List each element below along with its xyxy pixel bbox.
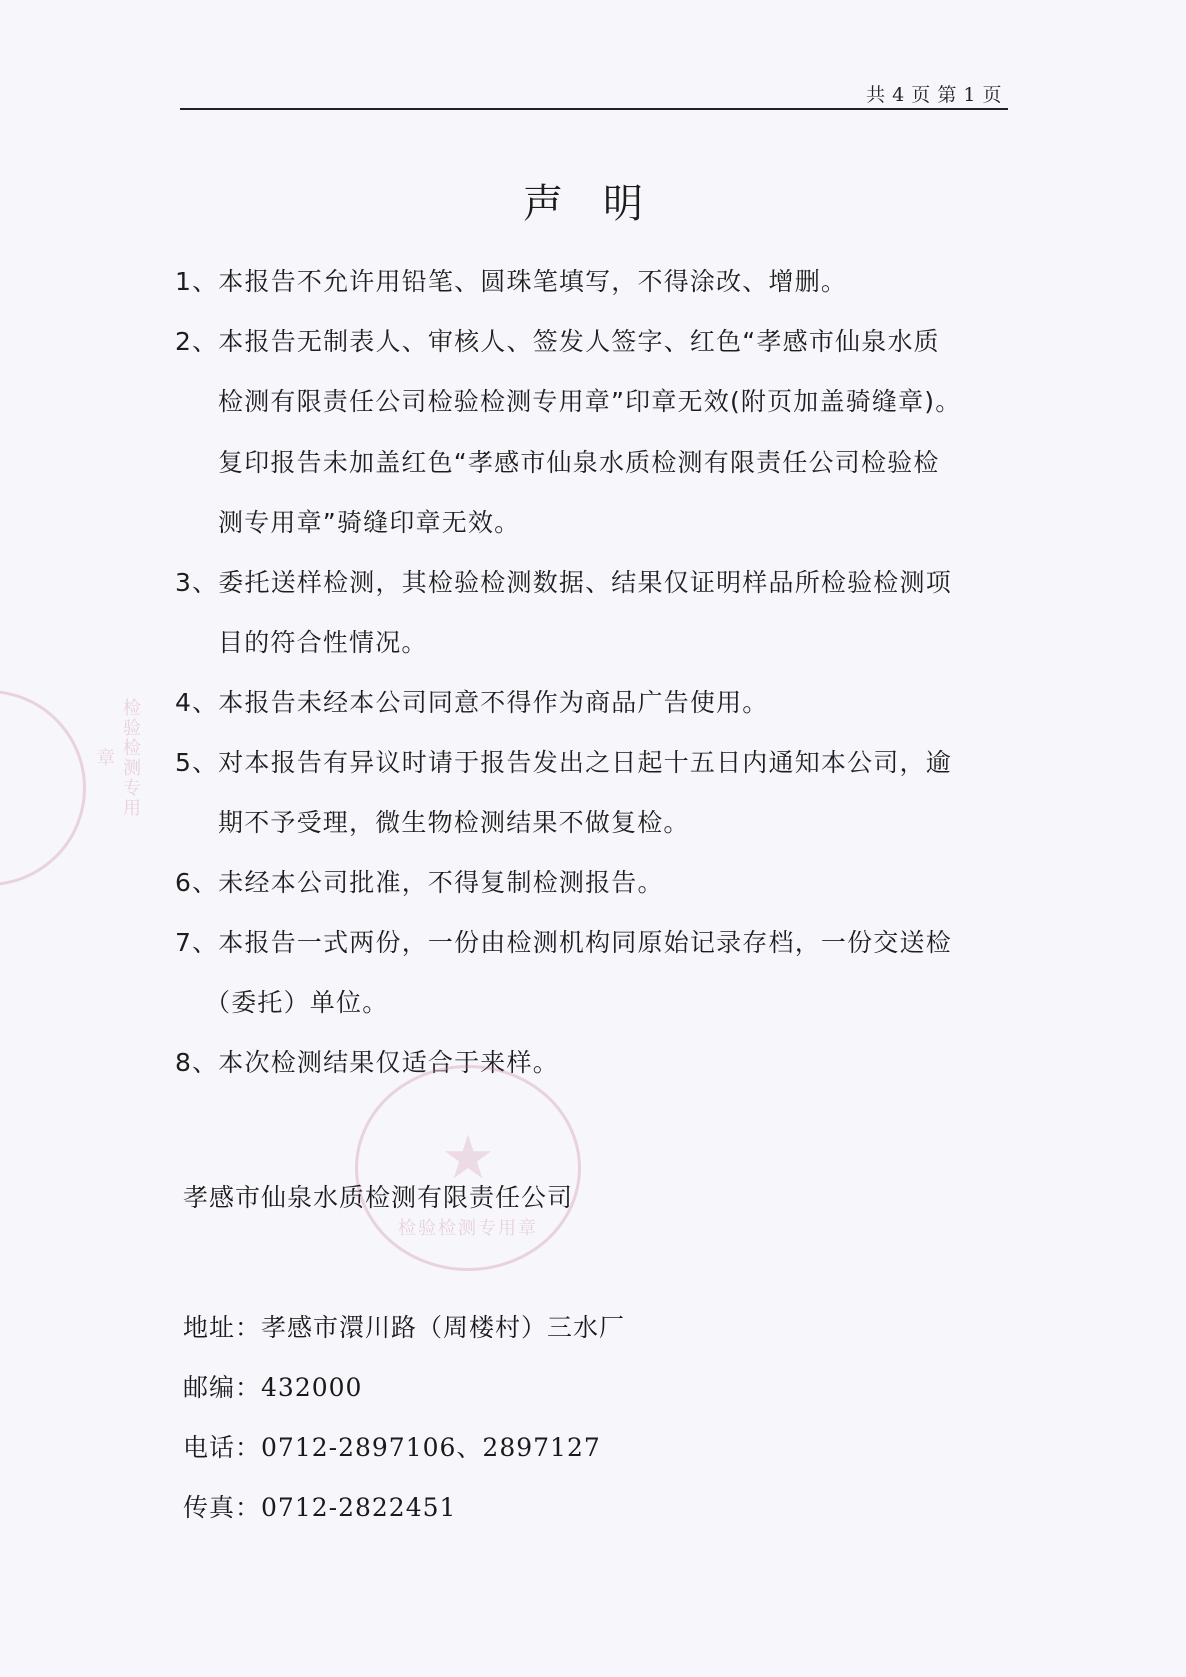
- fax-value: 0712-2822451: [261, 1493, 456, 1522]
- address-row: 地址：孝感市澴川路（周楼村）三水厂: [183, 1308, 625, 1344]
- page-counter: 共 4 页 第 1 页: [866, 80, 1002, 107]
- address-value: 孝感市澴川路（周楼村）三水厂: [261, 1313, 625, 1342]
- seal-left-text: 检验检测专用章: [91, 693, 143, 823]
- official-seal-left: 检验检测专用章: [0, 690, 86, 886]
- clause-7-line-2: （委托）单位。: [205, 983, 388, 1019]
- clause-3-line-1: 3、委托送样检测，其检验检测数据、结果仅证明样品所检验检测项: [175, 563, 952, 599]
- clause-2-line-1: 2、本报告无制表人、审核人、签发人签字、红色“孝感市仙泉水质: [175, 322, 940, 358]
- clause-2-line-3: 复印报告未加盖红色“孝感市仙泉水质检测有限责任公司检验检: [218, 443, 940, 479]
- phone-label: 电话：: [183, 1433, 261, 1462]
- phone-row: 电话：0712-2897106、2897127: [183, 1428, 601, 1464]
- postcode-value: 432000: [261, 1373, 362, 1402]
- clause-8: 8、本次检测结果仅适合于来样。: [175, 1043, 559, 1079]
- seal-center-text: 检验检测专用章: [358, 1214, 578, 1240]
- postcode-row: 邮编：432000: [183, 1368, 362, 1404]
- postcode-label: 邮编：: [183, 1373, 261, 1402]
- clause-7-line-1: 7、本报告一式两份，一份由检测机构同原始记录存档，一份交送检: [175, 923, 952, 959]
- clause-5-line-1: 5、对本报告有异议时请于报告发出之日起十五日内通知本公司，逾: [175, 743, 952, 779]
- phone-value: 0712-2897106、2897127: [261, 1433, 601, 1462]
- clause-1: 1、本报告不允许用铅笔、圆珠笔填写，不得涂改、增删。: [175, 262, 847, 298]
- fax-label: 传真：: [183, 1493, 261, 1522]
- clause-4: 4、本报告未经本公司同意不得作为商品广告使用。: [175, 683, 769, 719]
- clause-2-line-2: 检测有限责任公司检验检测专用章”印章无效(附页加盖骑缝章)。: [218, 382, 961, 418]
- address-label: 地址：: [183, 1313, 261, 1342]
- clause-6: 6、未经本公司批准，不得复制检测报告。: [175, 863, 664, 899]
- clause-5-line-2: 期不予受理，微生物检测结果不做复检。: [218, 803, 690, 839]
- company-name: 孝感市仙泉水质检测有限责任公司: [183, 1178, 573, 1214]
- clause-3-line-2: 目的符合性情况。: [218, 623, 428, 659]
- page-title: 声明: [0, 172, 1186, 229]
- page-header: 共 4 页 第 1 页: [180, 78, 1008, 110]
- fax-row: 传真：0712-2822451: [183, 1488, 456, 1524]
- official-seal-center: ★ 检验检测专用章: [355, 1065, 581, 1271]
- clause-2-line-4: 测专用章”骑缝印章无效。: [218, 503, 520, 539]
